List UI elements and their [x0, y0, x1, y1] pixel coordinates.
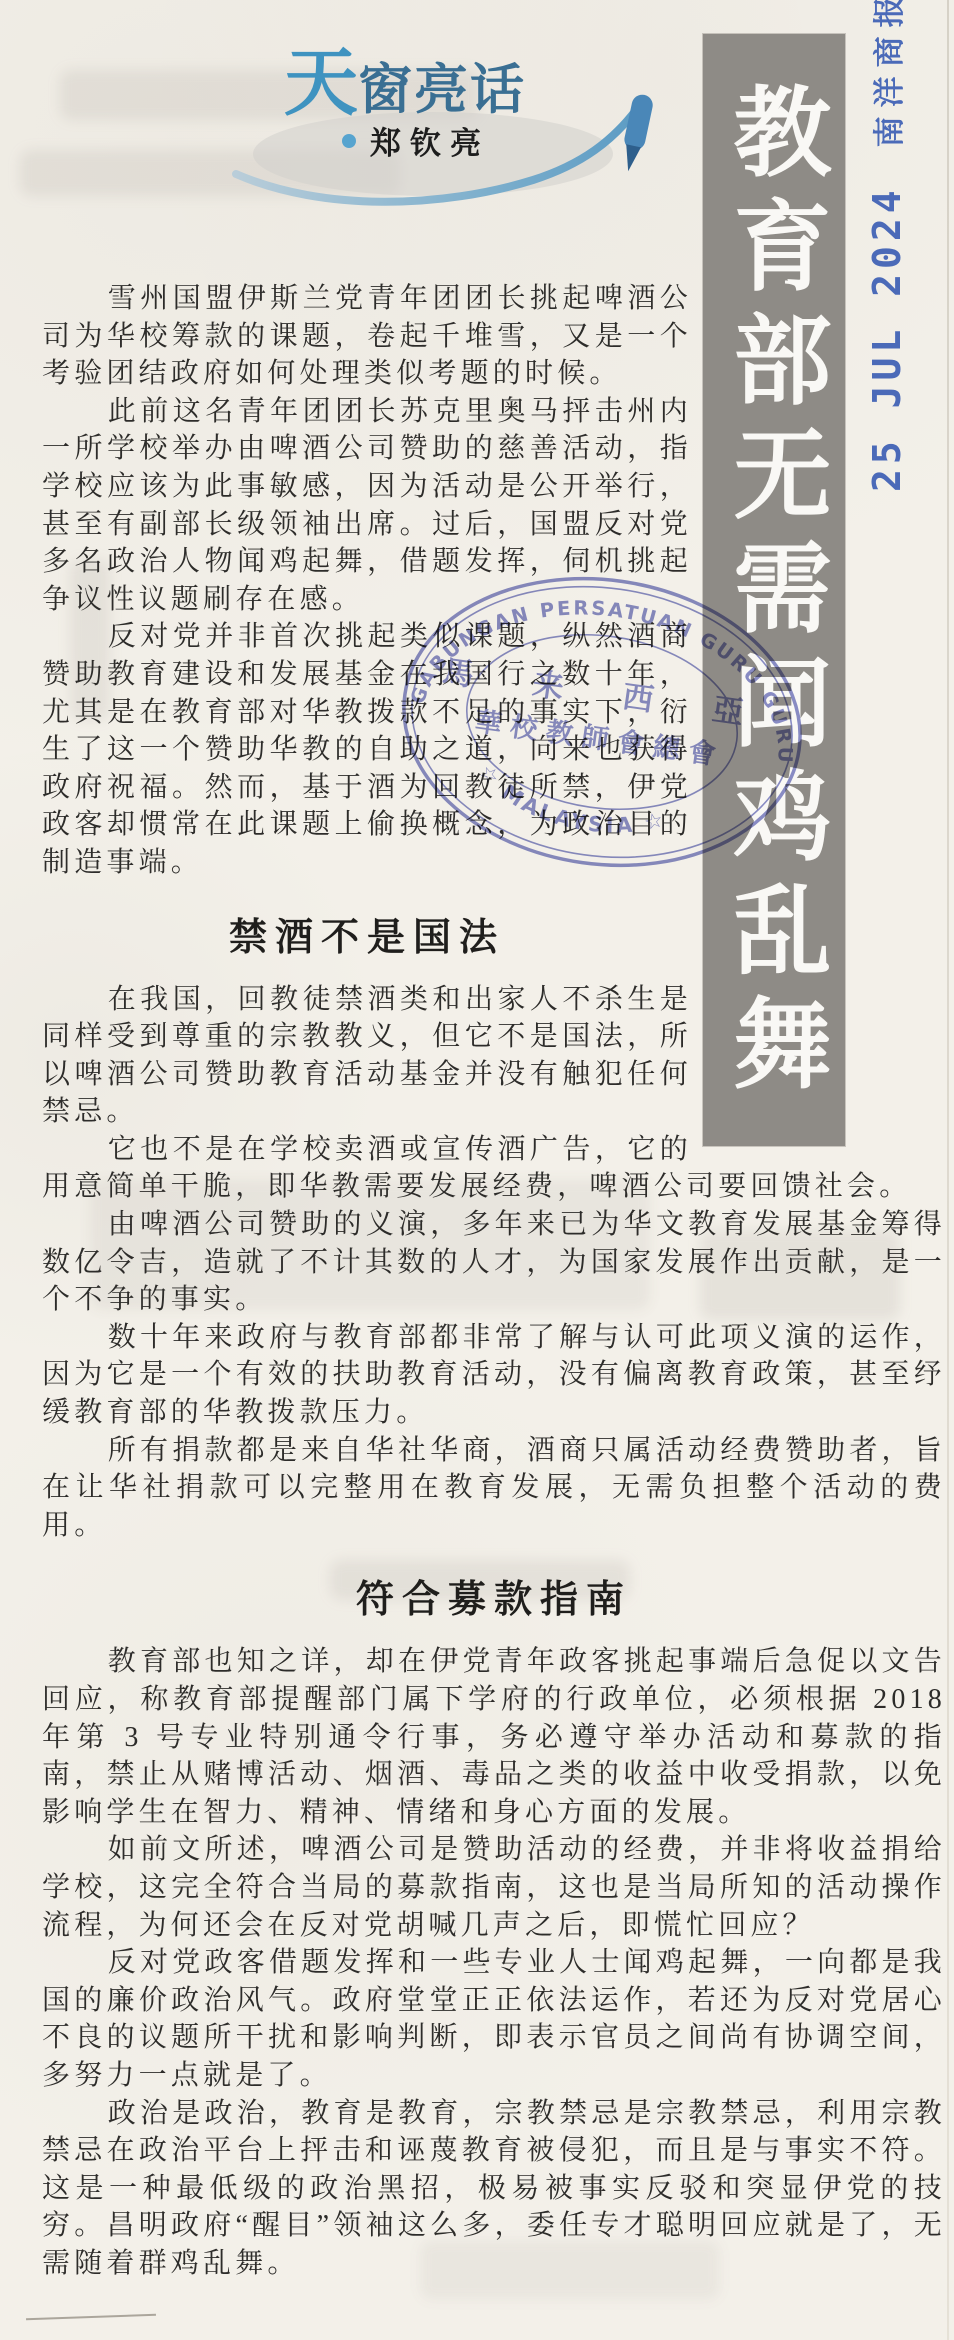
publication-name: 南洋商报	[872, 0, 908, 147]
author-name: 郑钦亮	[370, 118, 490, 163]
column-masthead: 天窗亮话 郑钦亮	[284, 0, 624, 236]
page-edge-line	[947, 0, 949, 2340]
newspaper-clipping: 教育部无需闻鸡乱舞 25 JUL 2024南洋商报	[0, 0, 954, 2340]
article-paragraph: 政治是政治，教育是教育，宗教禁忌是宗教禁忌，利用宗教禁忌在政治平台上抨击和诬蔑教…	[42, 2095, 946, 2283]
pen-icon	[618, 93, 655, 174]
column-title-first-char: 天	[284, 43, 358, 125]
article-paragraph: 教育部也知之详，却在伊党青年政客挑起事端后急促以文告回应，称教育部提醒部门属下学…	[42, 1643, 946, 1831]
column-title: 天窗亮话	[284, 24, 526, 130]
right-rail: 教育部无需闻鸡乱舞 25 JUL 2024南洋商报	[696, 0, 946, 1165]
vertical-headline: 教育部无需闻鸡乱舞	[703, 34, 845, 1146]
page-fold-line	[26, 2314, 156, 2321]
article-paragraph: 反对党政客借题发挥和一些专业人士闻鸡起舞，一向都是我国的廉价政治风气。政府堂堂正…	[42, 1944, 946, 2094]
article-paragraph: 数十年来政府与教育部都非常了解与认可此项义演的运作，因为它是一个有效的扶助教育活…	[42, 1319, 946, 1432]
article-paragraph: 由啤酒公司赞助的义演，多年来已为华文教育发展基金筹得数亿令吉，造就了不计其数的人…	[42, 1206, 946, 1319]
article-container: 教育部无需闻鸡乱舞 25 JUL 2024南洋商报	[0, 0, 954, 2283]
column-title-rest: 窗亮话	[358, 60, 526, 120]
bullet-dot-icon	[342, 134, 356, 148]
article-paragraph: 所有捐款都是来自华社华商，酒商只属活动经费赞助者，旨在让华社捐款可以完整用在教育…	[42, 1432, 946, 1545]
section-heading: 符合募款指南	[42, 1568, 946, 1623]
stamp-date: 25 JUL 2024	[865, 185, 909, 492]
date-stamp: 25 JUL 2024南洋商报	[864, 0, 909, 492]
article-paragraph: 如前文所述，啤酒公司是赞助活动的经费，并非将收益捐给学校，这完全符合当局的募款指…	[42, 1831, 946, 1944]
column-author: 郑钦亮	[342, 118, 490, 163]
